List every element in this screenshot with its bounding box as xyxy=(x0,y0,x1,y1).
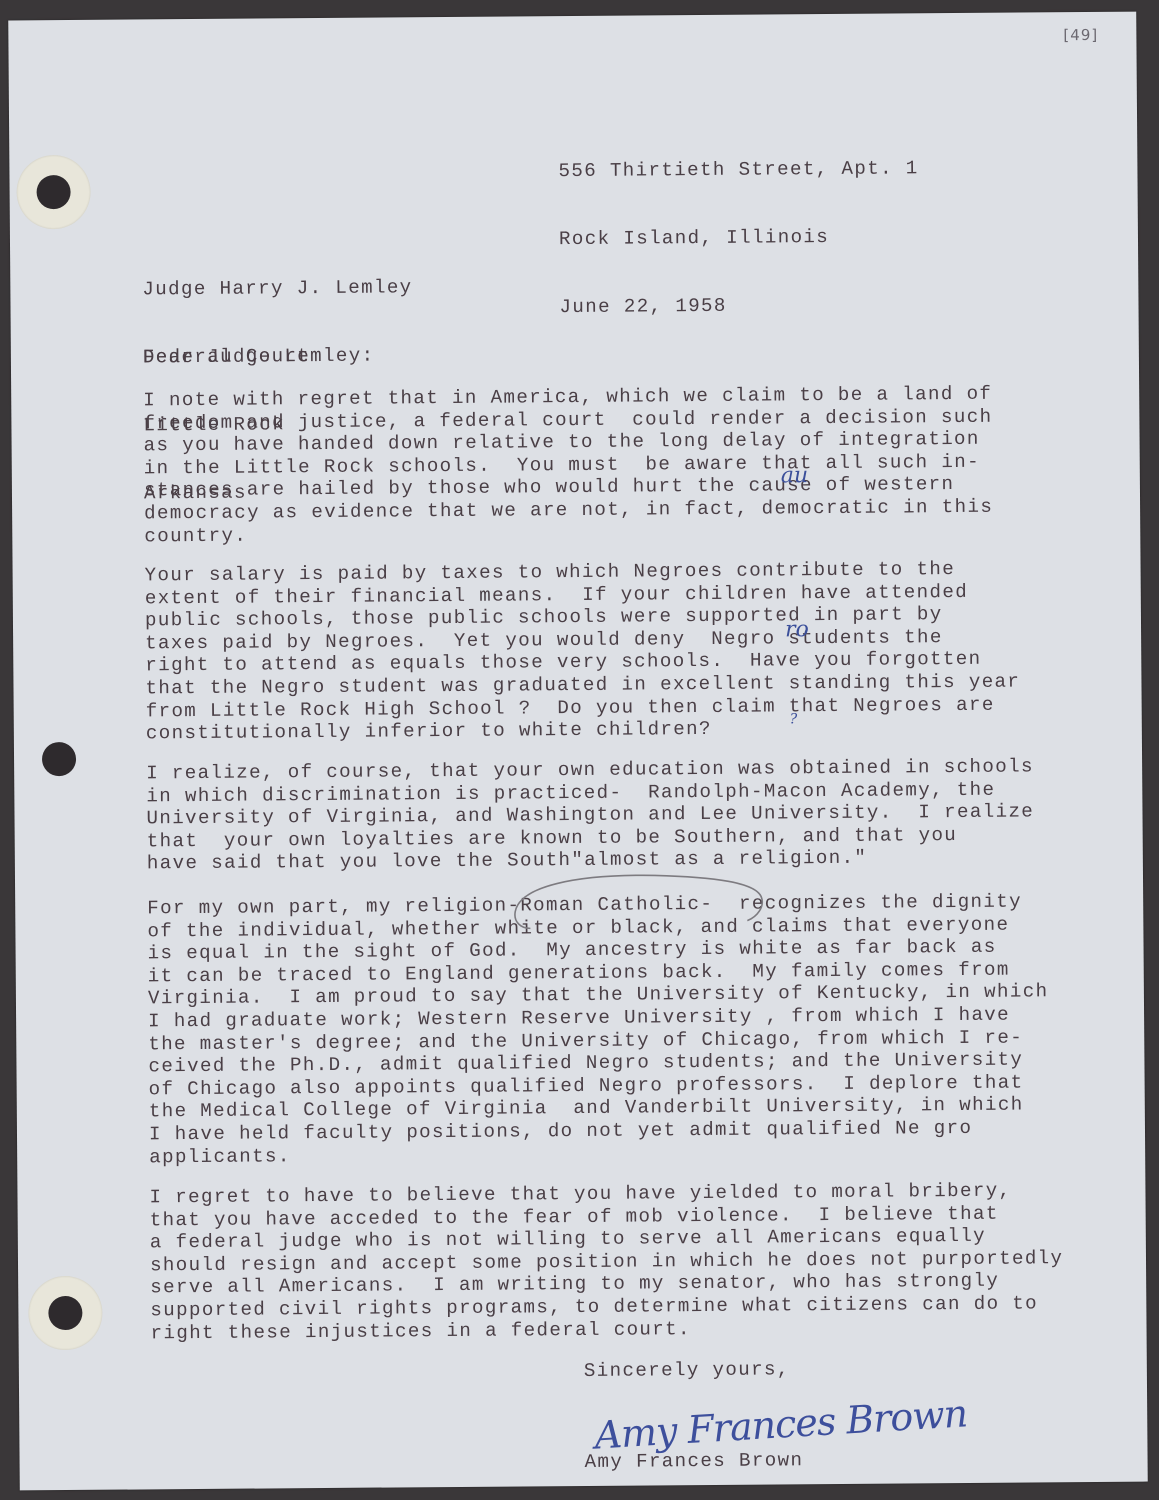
binder-hole-middle xyxy=(42,742,76,776)
paragraph-2: Your salary is paid by taxes to which Ne… xyxy=(145,558,1021,746)
salutation: Dear Judge Lemley: xyxy=(143,345,375,369)
address-line: Rock Island, Illinois xyxy=(559,225,919,250)
letter-date: June 22, 1958 xyxy=(559,293,919,318)
closing: Sincerely yours, xyxy=(584,1358,790,1382)
paragraph-1: I note with regret that in America, whic… xyxy=(143,383,993,548)
typed-name: Amy Frances Brown xyxy=(584,1449,803,1473)
paragraph-5: I regret to have to believe that you hav… xyxy=(149,1179,1064,1344)
binder-hole-top xyxy=(36,175,70,209)
handwritten-correction: au xyxy=(781,463,808,488)
binder-hole-bottom xyxy=(48,1296,82,1330)
archive-number: [49] xyxy=(1063,26,1098,44)
paragraph-3: I realize, of course, that your own educ… xyxy=(146,755,1035,875)
handwritten-signature: Amy Frances Brown xyxy=(593,1391,968,1457)
letter-page: [49] 556 Thirtieth Street, Apt. 1 Rock I… xyxy=(8,12,1148,1491)
paragraph-4: For my own part, my religion-Roman Catho… xyxy=(147,890,1050,1168)
sender-address: 556 Thirtieth Street, Apt. 1 Rock Island… xyxy=(558,112,920,363)
address-line: 556 Thirtieth Street, Apt. 1 xyxy=(558,157,918,182)
handwritten-correction: ? xyxy=(790,711,798,727)
recipient-line: Judge Harry J. Lemley xyxy=(142,276,412,301)
handwritten-correction: ro xyxy=(785,617,809,642)
